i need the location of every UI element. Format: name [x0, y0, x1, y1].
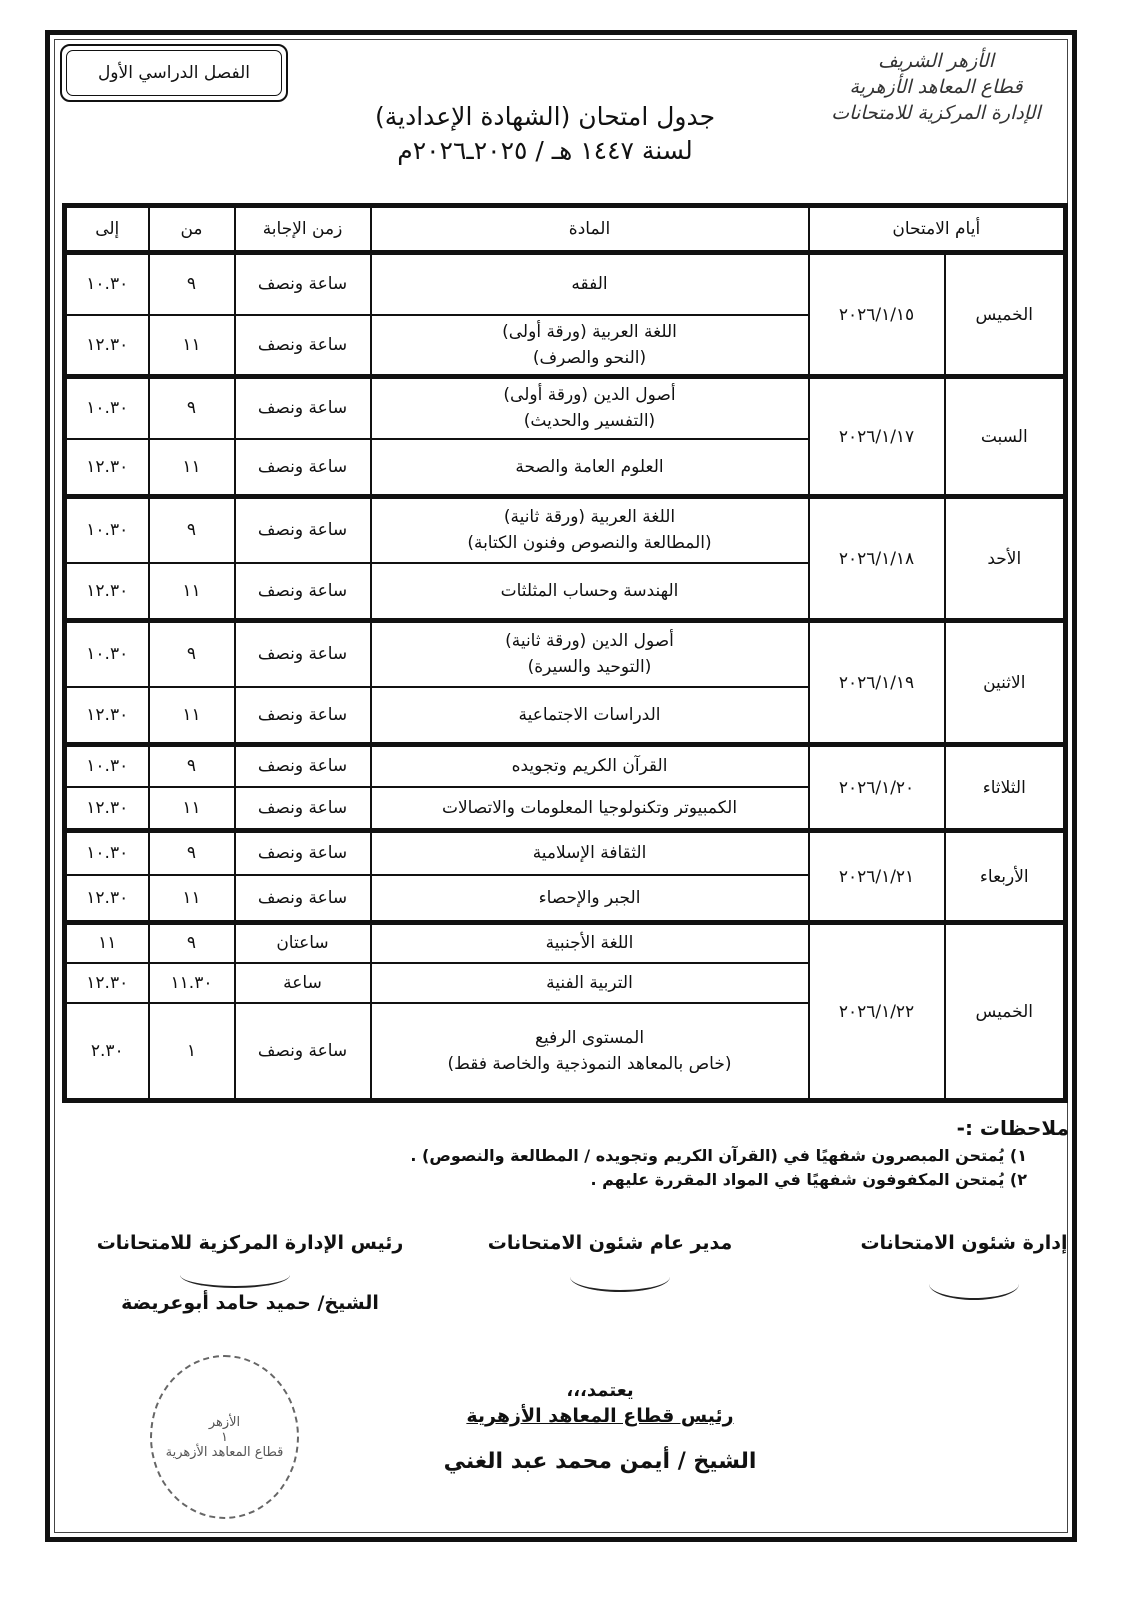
logo-line-1: الأزهر الشريف	[811, 48, 1061, 74]
handwritten-signature	[929, 1268, 1019, 1300]
approval-block: يعتمد،،، رئيس قطاع المعاهد الأزهرية الشي…	[400, 1380, 800, 1474]
table-row: الأربعاء٢٠٢٦/١/٢١الثقافة الإسلاميةساعة و…	[65, 831, 1066, 875]
signature-role: مدير عام شئون الامتحانات	[480, 1232, 740, 1254]
notes-title: ملاحظات :-	[169, 1116, 1069, 1140]
duration-cell: ساعة	[235, 963, 371, 1003]
subject-cell: اللغة العربية (ورقة ثانية)(المطالعة والن…	[371, 497, 809, 563]
title-line-1: جدول امتحان (الشهادة الإعدادية)	[300, 100, 790, 134]
end-time-cell: ١٠.٣٠	[65, 621, 149, 687]
note-item: ١) يُمتحن المبصرون شفهيًا في (القرآن الك…	[169, 1144, 1027, 1168]
start-time-cell: ٩	[149, 831, 235, 875]
subject-line: اللغة الأجنبية	[376, 930, 804, 956]
subject-cell: التربية الفنية	[371, 963, 809, 1003]
end-time-cell: ١٢.٣٠	[65, 315, 149, 377]
duration-cell: ساعة ونصف	[235, 687, 371, 745]
end-time-cell: ١٢.٣٠	[65, 563, 149, 621]
subject-line: (التوحيد والسيرة)	[376, 654, 804, 680]
start-time-cell: ١١	[149, 315, 235, 377]
signature-name: الشيخ/ حميد حامد أبوعريضة	[70, 1292, 430, 1314]
subject-cell: المستوى الرفيع(خاص بالمعاهد النموذجية وا…	[371, 1003, 809, 1101]
duration-cell: ساعة ونصف	[235, 621, 371, 687]
subject-line: اللغة العربية (ورقة ثانية)	[376, 504, 804, 530]
subject-line: (المطالعة والنصوص وفنون الكتابة)	[376, 530, 804, 556]
subject-line: القرآن الكريم وتجويده	[376, 753, 804, 779]
start-time-cell: ١١	[149, 875, 235, 923]
duration-cell: ساعة ونصف	[235, 315, 371, 377]
start-time-cell: ٩	[149, 253, 235, 315]
table-header-row: أيام الامتحان المادة زمن الإجابة من إلى	[65, 206, 1066, 253]
duration-cell: ساعة ونصف	[235, 497, 371, 563]
start-time-cell: ٩	[149, 377, 235, 439]
logo-line-3: الإدارة المركزية للامتحانات	[811, 100, 1061, 126]
title-line-2: لسنة ١٤٤٧ هـ / ٢٠٢٥ـ٢٠٢٦م	[300, 134, 790, 168]
end-time-cell: ١٠.٣٠	[65, 377, 149, 439]
table-row: الثلاثاء٢٠٢٦/١/٢٠القرآن الكريم وتجويدهسا…	[65, 745, 1066, 787]
subject-cell: الهندسة وحساب المثلثات	[371, 563, 809, 621]
subject-line: أصول الدين (ورقة أولى)	[376, 382, 804, 408]
subject-cell: الدراسات الاجتماعية	[371, 687, 809, 745]
end-time-cell: ١٠.٣٠	[65, 745, 149, 787]
exam-date: ٢٠٢٦/١/٢٢	[809, 923, 945, 1101]
start-time-cell: ١١	[149, 787, 235, 831]
exam-date: ٢٠٢٦/١/١٩	[809, 621, 945, 745]
exam-schedule-table: أيام الامتحان المادة زمن الإجابة من إلى …	[62, 203, 1068, 1103]
exam-day: الخميس	[945, 923, 1066, 1101]
end-time-cell: ١٢.٣٠	[65, 439, 149, 497]
end-time-cell: ١٠.٣٠	[65, 831, 149, 875]
semester-label: الفصل الدراسي الأول	[66, 50, 282, 96]
subject-line: الدراسات الاجتماعية	[376, 702, 804, 728]
exam-day: الثلاثاء	[945, 745, 1066, 831]
header-to: إلى	[65, 206, 149, 253]
subject-cell: العلوم العامة والصحة	[371, 439, 809, 497]
azhar-logo: الأزهر الشريف قطاع المعاهد الأزهرية الإد…	[811, 48, 1061, 126]
table-row: الخميس٢٠٢٦/١/١٥الفقهساعة ونصف٩١٠.٣٠	[65, 253, 1066, 315]
start-time-cell: ١١	[149, 687, 235, 745]
start-time-cell: ٩	[149, 923, 235, 963]
subject-line: الثقافة الإسلامية	[376, 840, 804, 866]
subject-line: (النحو والصرف)	[376, 345, 804, 371]
subject-line: الهندسة وحساب المثلثات	[376, 578, 804, 604]
subject-line: التربية الفنية	[376, 970, 804, 996]
exam-date: ٢٠٢٦/١/٢٠	[809, 745, 945, 831]
subject-cell: الفقه	[371, 253, 809, 315]
end-time-cell: ١٢.٣٠	[65, 787, 149, 831]
start-time-cell: ٩	[149, 621, 235, 687]
duration-cell: ساعة ونصف	[235, 1003, 371, 1101]
exam-day: الخميس	[945, 253, 1066, 377]
table-row: الاثنين٢٠٢٦/١/١٩أصول الدين (ورقة ثانية)(…	[65, 621, 1066, 687]
end-time-cell: ١٢.٣٠	[65, 875, 149, 923]
start-time-cell: ١١	[149, 439, 235, 497]
duration-cell: ساعة ونصف	[235, 253, 371, 315]
signature-exams-affairs: إدارة شئون الامتحانات	[849, 1232, 1079, 1254]
approval-label: يعتمد،،،	[400, 1380, 800, 1401]
approval-name: الشيخ / أيمن محمد عبد الغني	[400, 1449, 800, 1474]
subject-cell: الجبر والإحصاء	[371, 875, 809, 923]
table-row: الأحد٢٠٢٦/١/١٨اللغة العربية (ورقة ثانية)…	[65, 497, 1066, 563]
header-subject: المادة	[371, 206, 809, 253]
end-time-cell: ١١	[65, 923, 149, 963]
subject-cell: القرآن الكريم وتجويده	[371, 745, 809, 787]
signature-role: إدارة شئون الامتحانات	[849, 1232, 1079, 1254]
start-time-cell: ١١.٣٠	[149, 963, 235, 1003]
subject-line: المستوى الرفيع	[376, 1025, 804, 1051]
stamp-line: الأزهر	[209, 1415, 240, 1430]
subject-line: الجبر والإحصاء	[376, 885, 804, 911]
signature-general-manager: مدير عام شئون الامتحانات	[480, 1232, 740, 1254]
exam-day: الأربعاء	[945, 831, 1066, 923]
exam-date: ٢٠٢٦/١/١٧	[809, 377, 945, 497]
exam-day: السبت	[945, 377, 1066, 497]
start-time-cell: ٩	[149, 497, 235, 563]
end-time-cell: ١٠.٣٠	[65, 253, 149, 315]
exam-date: ٢٠٢٦/١/١٨	[809, 497, 945, 621]
subject-line: اللغة العربية (ورقة أولى)	[376, 319, 804, 345]
subject-line: الفقه	[376, 271, 804, 297]
duration-cell: ساعة ونصف	[235, 439, 371, 497]
duration-cell: ساعتان	[235, 923, 371, 963]
duration-cell: ساعة ونصف	[235, 875, 371, 923]
end-time-cell: ٢.٣٠	[65, 1003, 149, 1101]
subject-cell: أصول الدين (ورقة ثانية)(التوحيد والسيرة)	[371, 621, 809, 687]
duration-cell: ساعة ونصف	[235, 831, 371, 875]
exam-day: الأحد	[945, 497, 1066, 621]
table-row: الخميس٢٠٢٦/١/٢٢اللغة الأجنبيةساعتان٩١١	[65, 923, 1066, 963]
subject-cell: اللغة الأجنبية	[371, 923, 809, 963]
semester-badge: الفصل الدراسي الأول	[60, 44, 288, 102]
duration-cell: ساعة ونصف	[235, 745, 371, 787]
start-time-cell: ١	[149, 1003, 235, 1101]
stamp-line: قطاع المعاهد الأزهرية	[166, 1445, 284, 1460]
page-title: جدول امتحان (الشهادة الإعدادية) لسنة ١٤٤…	[300, 100, 790, 168]
subject-cell: الثقافة الإسلامية	[371, 831, 809, 875]
header-duration: زمن الإجابة	[235, 206, 371, 253]
start-time-cell: ١١	[149, 563, 235, 621]
duration-cell: ساعة ونصف	[235, 787, 371, 831]
exam-date: ٢٠٢٦/١/١٥	[809, 253, 945, 377]
duration-cell: ساعة ونصف	[235, 377, 371, 439]
subject-line: (خاص بالمعاهد النموذجية والخاصة فقط)	[376, 1051, 804, 1077]
subject-cell: اللغة العربية (ورقة أولى)(النحو والصرف)	[371, 315, 809, 377]
official-stamp: الأزهر ١ قطاع المعاهد الأزهرية	[150, 1355, 299, 1519]
table-row: السبت٢٠٢٦/١/١٧أصول الدين (ورقة أولى)(الت…	[65, 377, 1066, 439]
duration-cell: ساعة ونصف	[235, 563, 371, 621]
end-time-cell: ١٢.٣٠	[65, 963, 149, 1003]
end-time-cell: ١٢.٣٠	[65, 687, 149, 745]
end-time-cell: ١٠.٣٠	[65, 497, 149, 563]
notes-section: ملاحظات :- ١) يُمتحن المبصرون شفهيًا في …	[169, 1116, 1069, 1192]
approval-role: رئيس قطاع المعاهد الأزهرية	[400, 1405, 800, 1427]
subject-line: (التفسير والحديث)	[376, 408, 804, 434]
handwritten-signature	[180, 1262, 290, 1288]
signature-role: رئيس الإدارة المركزية للامتحانات	[70, 1232, 430, 1254]
header-exam-days: أيام الامتحان	[809, 206, 1066, 253]
stamp-line: ١	[221, 1430, 228, 1445]
subject-line: العلوم العامة والصحة	[376, 454, 804, 480]
handwritten-signature	[570, 1262, 670, 1292]
subject-cell: أصول الدين (ورقة أولى)(التفسير والحديث)	[371, 377, 809, 439]
subject-line: الكمبيوتر وتكنولوجيا المعلومات والاتصالا…	[376, 795, 804, 821]
start-time-cell: ٩	[149, 745, 235, 787]
exam-date: ٢٠٢٦/١/٢١	[809, 831, 945, 923]
subject-cell: الكمبيوتر وتكنولوجيا المعلومات والاتصالا…	[371, 787, 809, 831]
subject-line: أصول الدين (ورقة ثانية)	[376, 628, 804, 654]
exam-day: الاثنين	[945, 621, 1066, 745]
note-item: ٢) يُمتحن المكفوفون شفهيًا في المواد الم…	[169, 1168, 1027, 1192]
logo-line-2: قطاع المعاهد الأزهرية	[811, 74, 1061, 100]
header-from: من	[149, 206, 235, 253]
